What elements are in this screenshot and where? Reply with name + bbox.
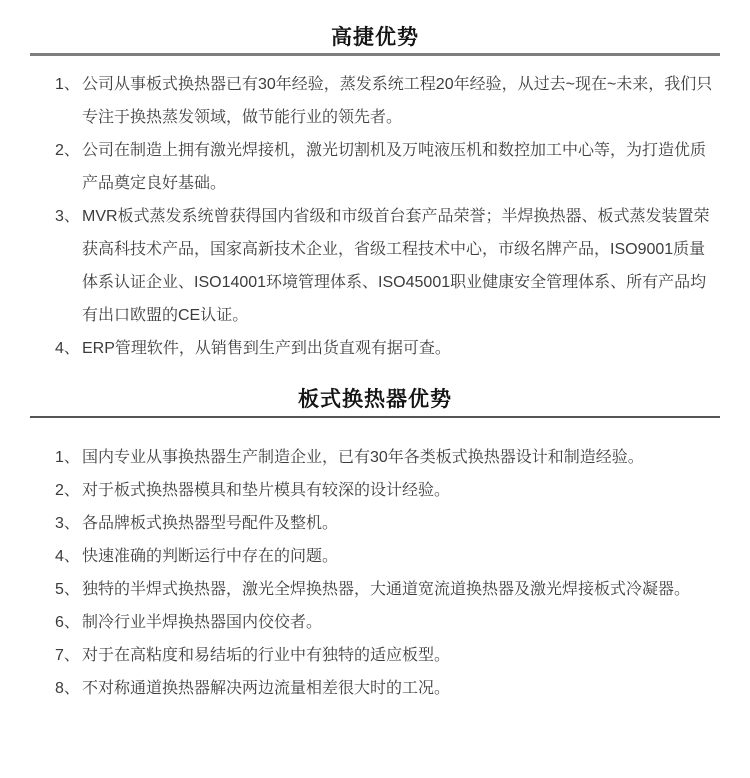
item-text: 不对称通道换热器解决两边流量相差很大时的工况。 bbox=[82, 672, 720, 705]
list-item: 3、 各品牌板式换热器型号配件及整机。 bbox=[55, 507, 720, 540]
item-number: 1、 bbox=[55, 441, 82, 474]
list-item: 5、 独特的半焊式换热器，激光全焊换热器，大通道宽流道换热器及激光焊接板式冷凝器… bbox=[55, 573, 720, 606]
advantage-list-gaojie: 1、 公司从事板式换热器已有30年经验，蒸发系统工程20年经验，从过去~现在~未… bbox=[30, 68, 720, 365]
item-text: 独特的半焊式换热器，激光全焊换热器，大通道宽流道换热器及激光焊接板式冷凝器。 bbox=[82, 573, 720, 606]
item-number: 7、 bbox=[55, 639, 82, 672]
item-text: ERP管理软件，从销售到生产到出货直观有据可查。 bbox=[82, 332, 720, 365]
item-text: MVR板式蒸发系统曾获得国内省级和市级首台套产品荣誉；半焊换热器、板式蒸发装置荣… bbox=[82, 200, 720, 332]
item-number: 3、 bbox=[55, 200, 82, 233]
item-number: 5、 bbox=[55, 573, 82, 606]
document-page: 高捷优势 1、 公司从事板式换热器已有30年经验，蒸发系统工程20年经验，从过去… bbox=[0, 0, 750, 778]
section-header-gaojie: 高捷优势 bbox=[0, 0, 750, 56]
advantage-list-plate-hx: 1、 国内专业从事换热器生产制造企业，已有30年各类板式换热器设计和制造经验。 … bbox=[30, 441, 720, 705]
list-item: 2、 对于板式换热器模具和垫片模具有较深的设计经验。 bbox=[55, 474, 720, 507]
title-underline-rule bbox=[30, 416, 720, 418]
list-item: 3、 MVR板式蒸发系统曾获得国内省级和市级首台套产品荣誉；半焊换热器、板式蒸发… bbox=[55, 200, 720, 332]
item-number: 6、 bbox=[55, 606, 82, 639]
title-underline-rule bbox=[30, 53, 720, 56]
section-title-plate-hx: 板式换热器优势 bbox=[0, 365, 750, 411]
item-text: 公司在制造上拥有激光焊接机，激光切割机及万吨液压机和数控加工中心等，为打造优质产… bbox=[82, 134, 720, 200]
item-number: 2、 bbox=[55, 134, 82, 167]
item-number: 4、 bbox=[55, 332, 82, 365]
item-text: 对于板式换热器模具和垫片模具有较深的设计经验。 bbox=[82, 474, 720, 507]
list-item: 7、 对于在高粘度和易结垢的行业中有独特的适应板型。 bbox=[55, 639, 720, 672]
item-text: 各品牌板式换热器型号配件及整机。 bbox=[82, 507, 720, 540]
list-item: 8、 不对称通道换热器解决两边流量相差很大时的工况。 bbox=[55, 672, 720, 705]
item-number: 3、 bbox=[55, 507, 82, 540]
list-item: 4、 ERP管理软件，从销售到生产到出货直观有据可查。 bbox=[55, 332, 720, 365]
item-text: 快速准确的判断运行中存在的问题。 bbox=[82, 540, 720, 573]
item-number: 8、 bbox=[55, 672, 82, 705]
item-text: 公司从事板式换热器已有30年经验，蒸发系统工程20年经验，从过去~现在~未来，我… bbox=[82, 68, 720, 134]
list-item: 1、 国内专业从事换热器生产制造企业，已有30年各类板式换热器设计和制造经验。 bbox=[55, 441, 720, 474]
list-item: 1、 公司从事板式换热器已有30年经验，蒸发系统工程20年经验，从过去~现在~未… bbox=[55, 68, 720, 134]
item-number: 1、 bbox=[55, 68, 82, 101]
list-item: 4、 快速准确的判断运行中存在的问题。 bbox=[55, 540, 720, 573]
item-text: 对于在高粘度和易结垢的行业中有独特的适应板型。 bbox=[82, 639, 720, 672]
item-number: 2、 bbox=[55, 474, 82, 507]
item-number: 4、 bbox=[55, 540, 82, 573]
section-header-plate-hx: 板式换热器优势 bbox=[0, 365, 750, 418]
item-text: 国内专业从事换热器生产制造企业，已有30年各类板式换热器设计和制造经验。 bbox=[82, 441, 720, 474]
section-title-gaojie: 高捷优势 bbox=[0, 0, 750, 49]
list-item: 2、 公司在制造上拥有激光焊接机，激光切割机及万吨液压机和数控加工中心等，为打造… bbox=[55, 134, 720, 200]
item-text: 制冷行业半焊换热器国内佼佼者。 bbox=[82, 606, 720, 639]
list-item: 6、 制冷行业半焊换热器国内佼佼者。 bbox=[55, 606, 720, 639]
